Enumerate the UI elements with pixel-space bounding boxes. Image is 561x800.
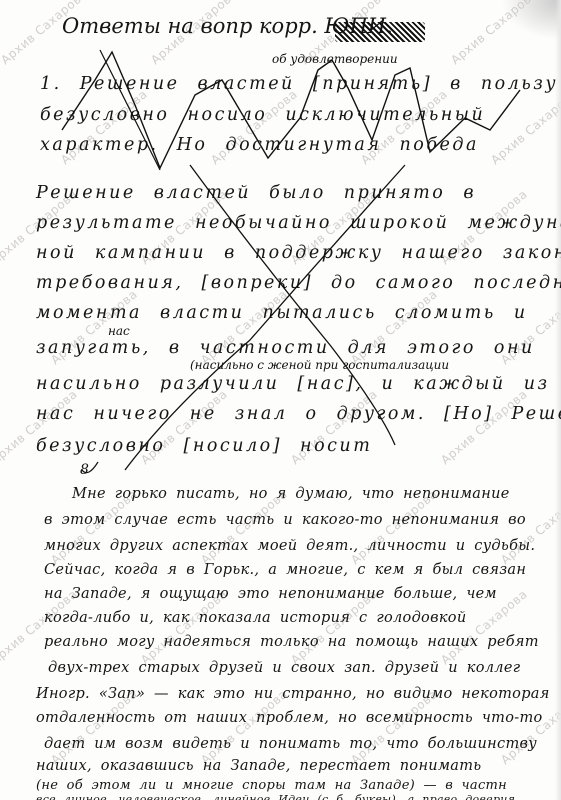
insert-line: (насильно с женой при госпитализации — [190, 358, 449, 372]
text-line: требования, [вопреки] до самого последне… — [36, 273, 561, 293]
manuscript-page: Архив Сахарова Архив Сахарова Архив Саха… — [0, 0, 561, 800]
watermark: Архив Сахарова — [438, 387, 530, 467]
text-line: запугать, в частности для этого они — [36, 338, 535, 358]
text-line: многих других аспектах моей деят., лично… — [44, 538, 535, 554]
text-line: Иногр. «Зап» — как это ни странно, но ви… — [36, 686, 550, 702]
text-line: нас ничего не знал о другом. [Но] Решени… — [36, 404, 561, 424]
section-marker: 8 — [80, 462, 89, 478]
text-line: все личное, человеческое, линейное Идеи … — [36, 793, 515, 800]
text-line: когда-либо и, как показала история с гол… — [44, 610, 466, 626]
text-line: безусловно [носило] носит — [36, 436, 372, 456]
watermark: Архив Сахарова — [58, 87, 150, 167]
text-line: реально могу надеяться только на помощь … — [44, 634, 539, 650]
text-line: момента власти пытались сломить и — [36, 303, 528, 323]
watermark: Архив Сахарова — [358, 87, 450, 167]
insert-nas: нас — [108, 324, 130, 338]
watermark: Архив Сахарова — [208, 87, 300, 167]
text-line: (не об этом ли и многие споры там на Зап… — [36, 778, 507, 793]
text-line: в этом случае есть часть и какого-то неп… — [44, 512, 526, 528]
text-line: Мне горько писать, но я думаю, что непон… — [72, 486, 510, 502]
text-line: Сейчас, когда я в Горьк., а многие, с ке… — [44, 562, 526, 578]
text-line: результате необычайно широкой междунар- — [36, 213, 561, 233]
text-line: насильно разлучили [нас], и каждый из — [36, 374, 550, 394]
struck-title-word: Юнайтед — [335, 22, 425, 42]
crossed-line: характер. Но достигнутая победа — [40, 135, 479, 155]
crossed-line: 1. Решение властей [принять] в пользу — [40, 74, 558, 94]
text-line: дает им возм видеть и понимать то, что б… — [44, 736, 537, 752]
scan-edge — [555, 0, 561, 800]
text-line: наших, оказавшись на Западе, перестает п… — [36, 758, 481, 774]
text-line: отдаленность от наших проблем, но всемир… — [36, 710, 543, 726]
text-line: Решение властей было принято в — [36, 183, 476, 203]
text-line: ной кампании в поддержку нашего законног… — [36, 243, 561, 263]
scan-shadow — [501, 0, 561, 40]
crossed-line: безусловно носило исключительный — [40, 105, 485, 125]
watermark: Архив Сахарова — [488, 87, 561, 167]
insert-above: об удовлетворении — [272, 52, 398, 66]
text-line: на Западе, я ощущаю это непонимание боль… — [44, 586, 497, 602]
text-line: двух-трех старых друзей и своих зап. дру… — [48, 660, 520, 676]
